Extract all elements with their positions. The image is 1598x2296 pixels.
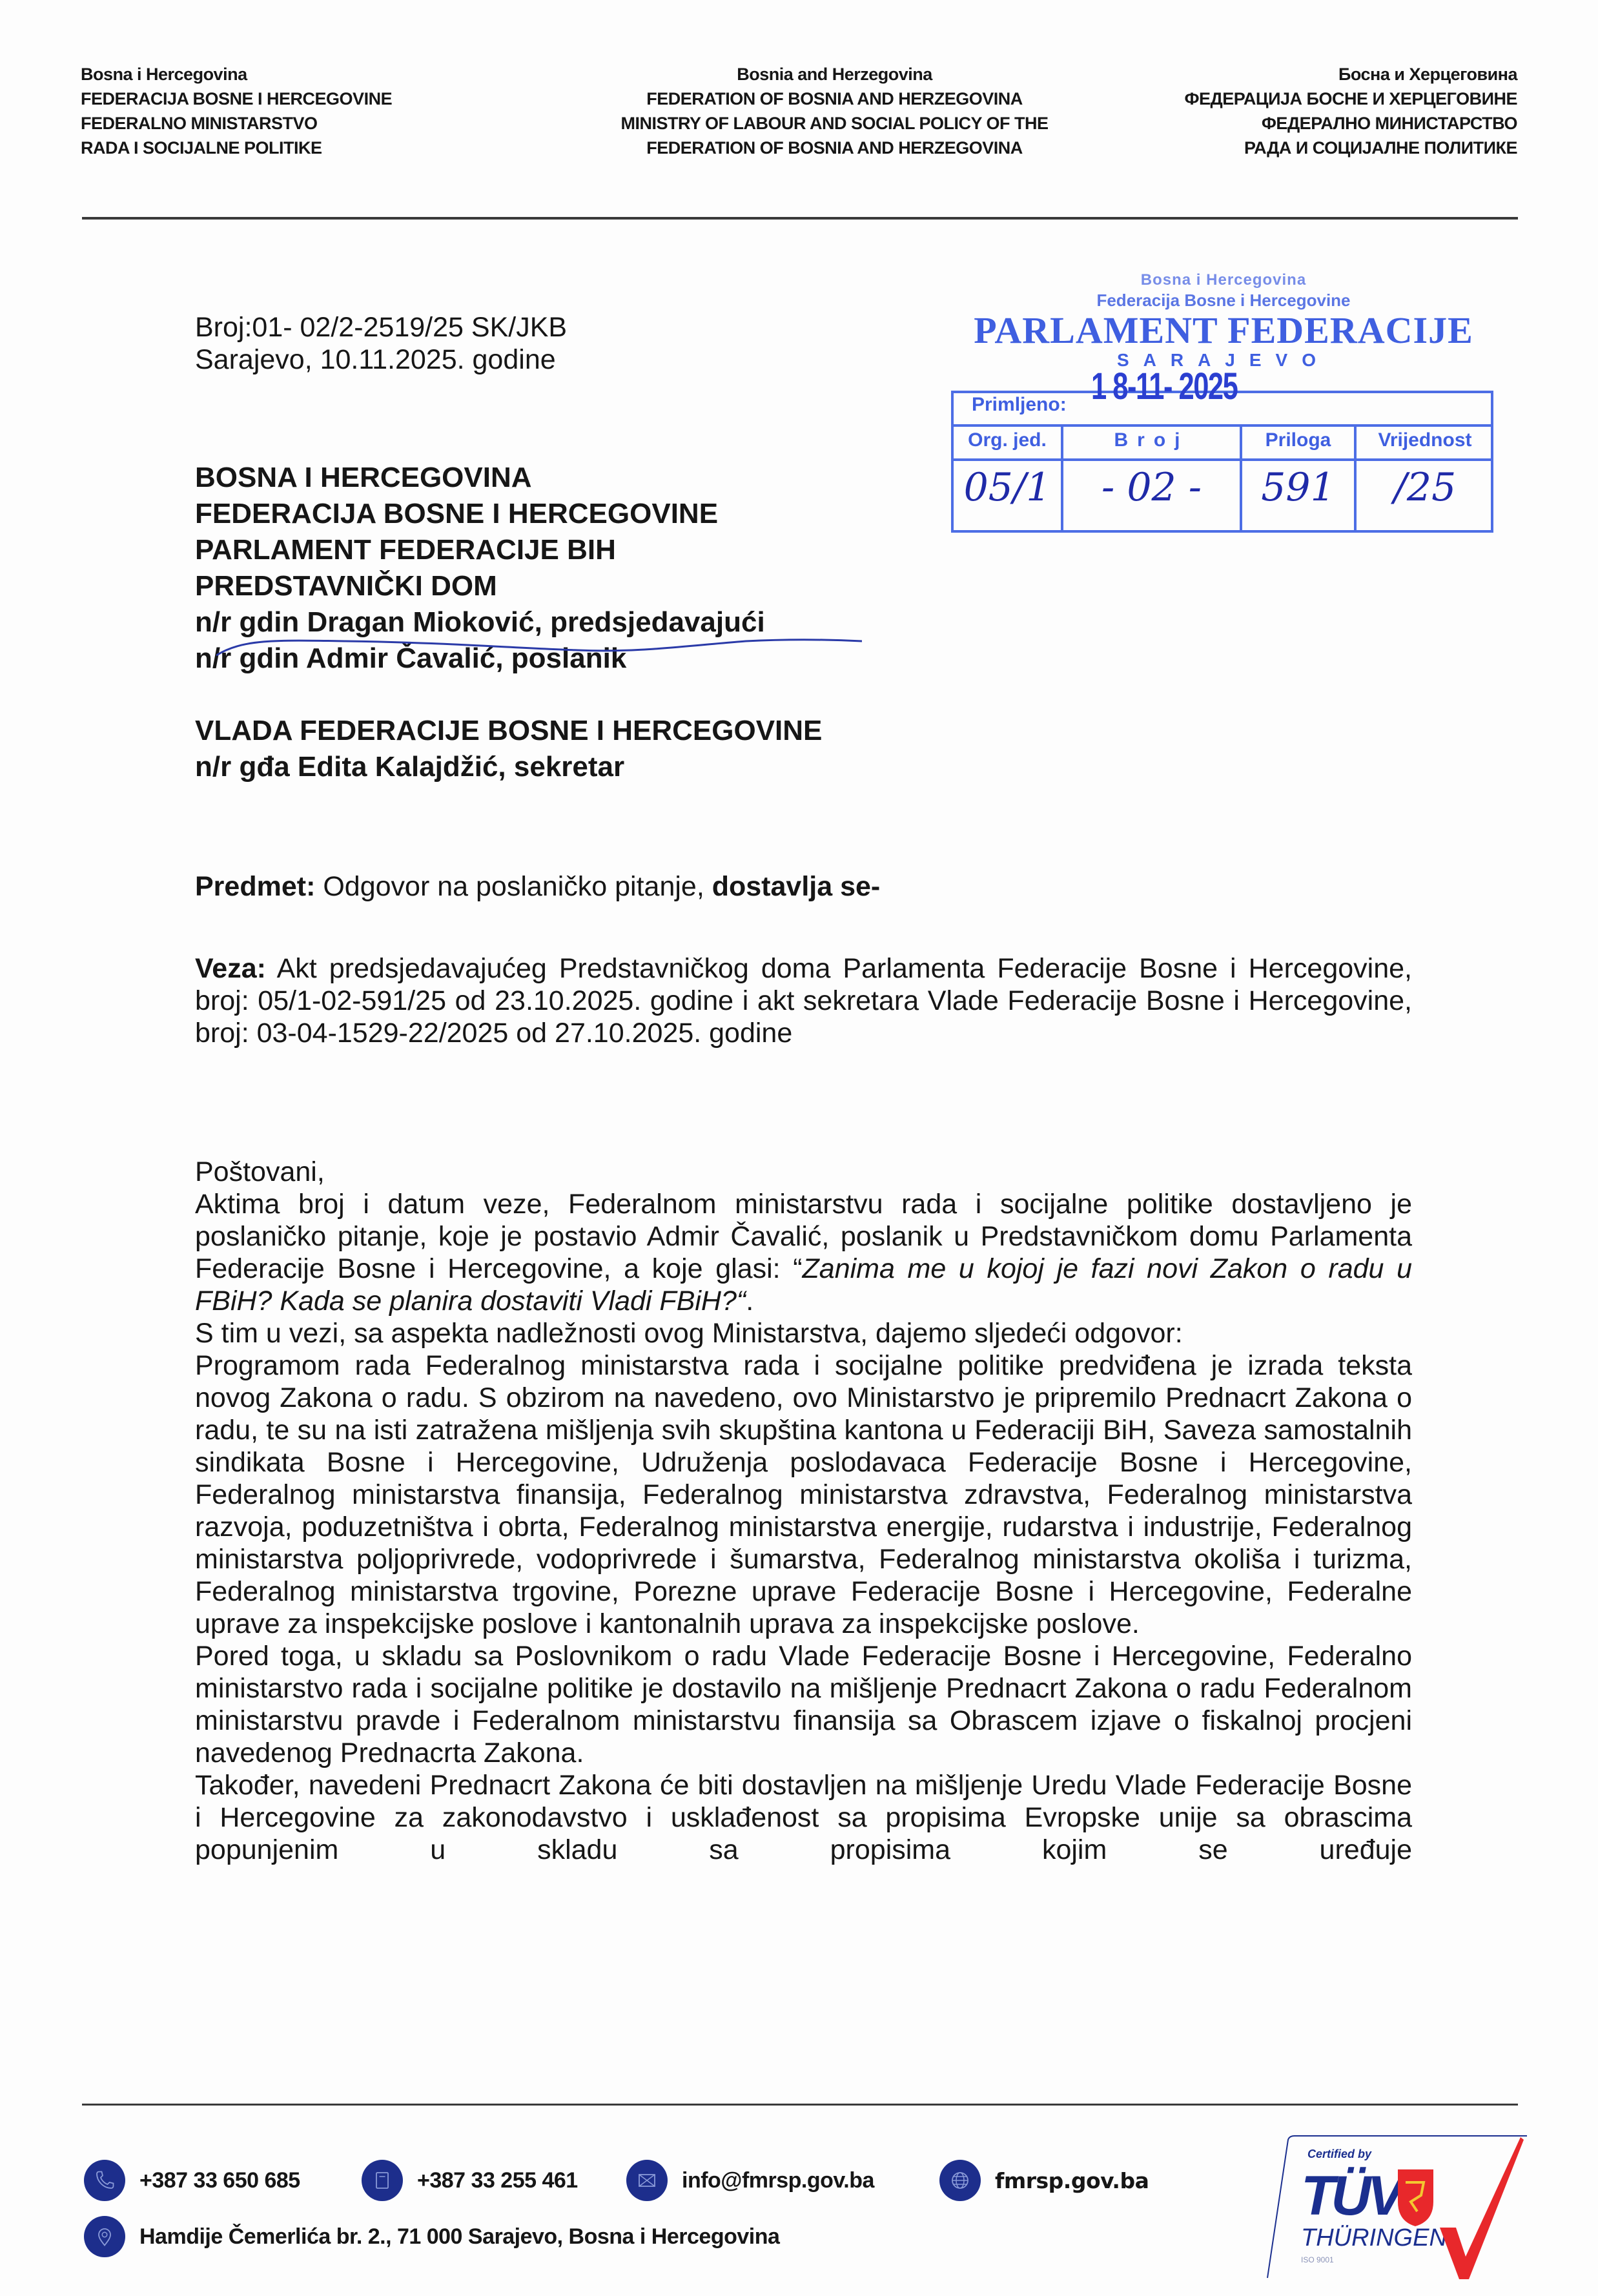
footer-fax[interactable]: +387 33 255 461 xyxy=(362,2160,578,2201)
paragraph: Također, navedeni Prednacrt Zakona će bi… xyxy=(195,1769,1412,1866)
tuv-standard: ISO 9001 xyxy=(1301,2255,1334,2264)
phone-number: +387 33 650 685 xyxy=(139,2168,300,2193)
reference-relation: Veza: Akt predsjedavajućeg Predstavničko… xyxy=(195,952,1412,1049)
addressee-line: FEDERACIJA BOSNE I HERCEGOVINE xyxy=(195,496,822,532)
addressees: BOSNA I HERCEGOVINA FEDERACIJA BOSNE I H… xyxy=(195,460,822,785)
letterhead-line: FEDERATION OF BOSNIA AND HERZEGOVINA xyxy=(620,136,1048,160)
handwritten-underline xyxy=(216,636,862,662)
footer-email[interactable]: info@fmrsp.gov.ba xyxy=(626,2160,874,2201)
certified-by-text: Certified by xyxy=(1307,2147,1372,2160)
stamp-handwritten-org-unit: 05/1 xyxy=(954,465,1061,510)
stamp-header-attachments: Priloga xyxy=(1242,429,1354,451)
reference-number: Broj:01- 02/2-2519/25 SK/JKB xyxy=(195,311,567,343)
location-pin-icon xyxy=(84,2216,125,2257)
phone-icon xyxy=(84,2160,125,2201)
stamp-received-label: Primljeno: xyxy=(972,394,1067,416)
salutation: Poštovani, xyxy=(195,1156,1412,1188)
place-date: Sarajevo, 10.11.2025. godine xyxy=(195,343,567,376)
paragraph: S tim u vezi, sa aspekta nadležnosti ovo… xyxy=(195,1317,1412,1349)
stamp-received-date: 1 8-11- 2025 xyxy=(1091,365,1237,408)
subject-line: Predmet: Odgovor na poslaničko pitanje, … xyxy=(195,870,880,903)
letterhead-line: FEDERATION OF BOSNIA AND HERZEGOVINA xyxy=(620,87,1048,111)
footer-website[interactable]: fmrsp.gov.ba xyxy=(939,2160,1149,2201)
received-stamp: Bosna i Hercegovina Federacija Bosne i H… xyxy=(946,271,1501,536)
tuv-brand: TÜV xyxy=(1301,2165,1409,2227)
stamp-handwritten-number: - 02 - xyxy=(1063,465,1240,510)
letterhead-line: РАДА И СОЦИЈАЛНЕ ПОЛИТИКЕ xyxy=(1184,136,1517,160)
fax-number: +387 33 255 461 xyxy=(417,2168,578,2193)
tuv-region: THÜRINGEN xyxy=(1301,2224,1447,2251)
stamp-line: Bosna i Hercegovina xyxy=(946,271,1501,289)
addressee-line: PREDSTAVNIČKI DOM xyxy=(195,568,822,604)
subject-emphasis: dostavlja se- xyxy=(712,871,881,902)
stamp-divider xyxy=(951,424,1493,427)
veza-label: Veza: xyxy=(195,953,266,984)
letter-body: Poštovani, Aktima broj i datum veze, Fed… xyxy=(195,1156,1412,1866)
document-reference: Broj:01- 02/2-2519/25 SK/JKB Sarajevo, 1… xyxy=(195,311,567,376)
addressee-line: PARLAMENT FEDERACIJE BIH xyxy=(195,532,822,568)
address-text: Hamdije Čemerlića br. 2., 71 000 Sarajev… xyxy=(139,2224,779,2250)
subject-label: Predmet: xyxy=(195,871,315,902)
stamp-line: Federacija Bosne i Hercegovine xyxy=(946,291,1501,311)
letterhead-line: Босна и Херцеговина xyxy=(1184,62,1517,87)
stamp-handwritten-value: /25 xyxy=(1357,465,1493,510)
fax-icon xyxy=(362,2160,403,2201)
letterhead-line: Bosnia and Herzegovina xyxy=(620,62,1048,87)
stamp-header-number: Broj xyxy=(1063,429,1240,451)
header-divider xyxy=(82,217,1518,220)
paragraph: Pored toga, u skladu sa Poslovnikom o ra… xyxy=(195,1640,1412,1769)
footer-phone[interactable]: +387 33 650 685 xyxy=(84,2160,300,2201)
stamp-title: PARLAMENT FEDERACIJE xyxy=(946,309,1501,352)
paragraph: Programom rada Federalnog ministarstva r… xyxy=(195,1349,1412,1640)
letterhead-line: ФЕДЕРАЦИЈА БОСНЕ И ХЕРЦЕГОВИНЕ xyxy=(1184,87,1517,111)
addressee-line: n/r gđa Edita Kalajdžić, sekretar xyxy=(195,749,822,785)
footer-divider xyxy=(82,2104,1518,2106)
addressee-line: VLADA FEDERACIJE BOSNE I HERCEGOVINE xyxy=(195,713,822,749)
addressee-line: BOSNA I HERCEGOVINA xyxy=(195,460,822,496)
stamp-handwritten-attachments: 591 xyxy=(1242,465,1354,510)
stamp-header-org-unit: Org. jed. xyxy=(954,429,1061,451)
stamp-divider xyxy=(951,458,1493,461)
footer-address: Hamdije Čemerlića br. 2., 71 000 Sarajev… xyxy=(84,2216,779,2257)
mail-icon xyxy=(626,2160,668,2201)
veza-text: Akt predsjedavajućeg Predstavničkog doma… xyxy=(195,953,1412,1049)
website-url: fmrsp.gov.ba xyxy=(995,2168,1149,2193)
letterhead-line: MINISTRY OF LABOUR AND SOCIAL POLICY OF … xyxy=(620,111,1048,136)
subject-text: Odgovor na poslaničko pitanje, xyxy=(315,871,712,902)
letterhead-cyrillic: Босна и Херцеговина ФЕДЕРАЦИЈА БОСНЕ И Х… xyxy=(1184,62,1517,160)
letterhead-line: ФЕДЕРАЛНО МИНИСТАРСТВО xyxy=(1184,111,1517,136)
paragraph: Aktima broj i datum veze, Federalnom min… xyxy=(195,1188,1412,1317)
addressee-line: n/r gdin Dragan Mioković, predsjedavajuć… xyxy=(195,604,822,641)
tuv-certification-logo: Certified by TÜV THÜRINGEN ISO 9001 xyxy=(1262,2131,1533,2286)
email-address: info@fmrsp.gov.ba xyxy=(682,2168,874,2193)
stamp-header-value: Vrijednost xyxy=(1357,429,1493,451)
globe-icon xyxy=(939,2160,981,2201)
